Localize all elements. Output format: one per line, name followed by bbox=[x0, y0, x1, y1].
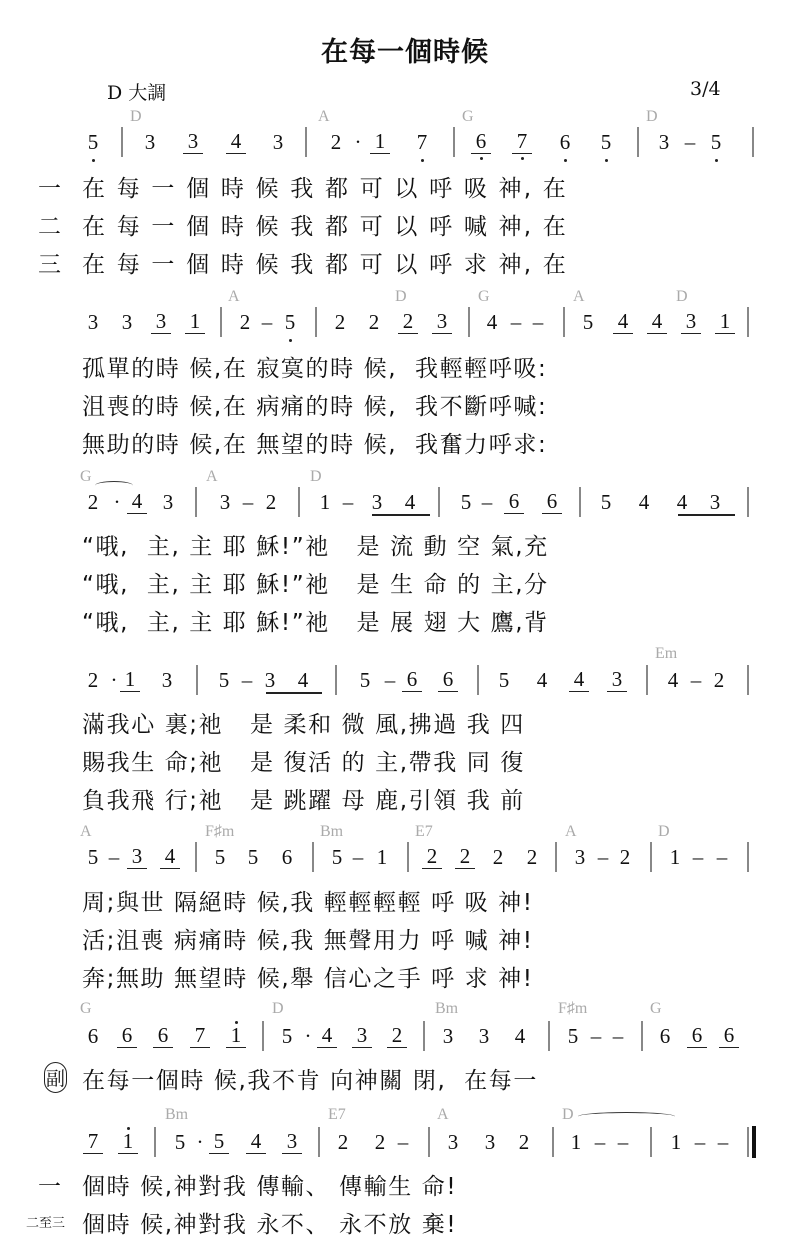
note: – bbox=[686, 668, 706, 693]
note: – bbox=[393, 1130, 413, 1155]
note: 3 bbox=[570, 845, 590, 870]
chord-label: D bbox=[395, 288, 407, 306]
note: – bbox=[608, 1024, 628, 1049]
note: 1 bbox=[370, 130, 390, 154]
barline bbox=[220, 307, 222, 337]
note: 2 bbox=[455, 845, 475, 869]
note: 7 bbox=[83, 1130, 103, 1154]
note: 3 bbox=[183, 130, 203, 154]
note: – bbox=[593, 845, 613, 870]
chord-label: Bm bbox=[165, 1106, 188, 1124]
note: 1 bbox=[666, 1130, 686, 1155]
chord-label: E7 bbox=[415, 823, 433, 841]
note: 6 bbox=[83, 1024, 103, 1049]
barline bbox=[154, 1127, 156, 1157]
chord-label: Bm bbox=[435, 1000, 458, 1018]
note: – bbox=[688, 845, 708, 870]
barline bbox=[747, 665, 749, 695]
lyric-line: 周;與世 隔絕時 候,我 輕輕輕輕 呼 吸 神! bbox=[82, 884, 534, 917]
note: · bbox=[190, 1130, 210, 1155]
note: – bbox=[586, 1024, 606, 1049]
note: 5 bbox=[596, 130, 616, 155]
note: 6 bbox=[402, 668, 422, 692]
note: 2 bbox=[330, 310, 350, 335]
note: 3 bbox=[607, 668, 627, 692]
note: 6 bbox=[117, 1024, 137, 1048]
note: 7 bbox=[412, 130, 432, 155]
note: – bbox=[257, 310, 277, 335]
note: 5 bbox=[596, 490, 616, 515]
note: 2 bbox=[364, 310, 384, 335]
verse-number: 二 bbox=[38, 208, 61, 241]
note: 3 bbox=[654, 130, 674, 155]
barline bbox=[423, 1021, 425, 1051]
barline bbox=[312, 842, 314, 872]
verse-number: 三 bbox=[38, 246, 61, 279]
note: 6 bbox=[687, 1024, 707, 1048]
note: 3 bbox=[83, 310, 103, 335]
note: 4 bbox=[246, 1130, 266, 1154]
note: – bbox=[590, 1130, 610, 1155]
note: – bbox=[338, 490, 358, 515]
note: – bbox=[506, 310, 526, 335]
tie-slur bbox=[95, 481, 133, 490]
note: 5 bbox=[355, 668, 375, 693]
note: 6 bbox=[277, 845, 297, 870]
note: 2 bbox=[326, 130, 346, 155]
note: – bbox=[238, 490, 258, 515]
note: 6 bbox=[438, 668, 458, 692]
note: 5 bbox=[494, 668, 514, 693]
lyric-line: “哦, 主, 主 耶 穌!”祂 是 生 命 的 主,分 bbox=[82, 566, 549, 599]
note: 1 bbox=[120, 668, 140, 692]
note: – bbox=[237, 668, 257, 693]
note: 3 bbox=[157, 668, 177, 693]
note: 3 bbox=[432, 310, 452, 334]
note: 5 bbox=[563, 1024, 583, 1049]
note: 5 bbox=[280, 310, 300, 335]
lyric-line: 孤單的時 候,在 寂寞的時 候, 我輕輕呼吸: bbox=[82, 350, 547, 383]
barline bbox=[453, 127, 455, 157]
note: 1 bbox=[715, 310, 735, 334]
tie-slur bbox=[578, 1112, 675, 1121]
note: – bbox=[713, 1130, 733, 1155]
key-signature: D 大調 bbox=[107, 78, 166, 105]
note: 3 bbox=[352, 1024, 372, 1048]
note: 5 bbox=[706, 130, 726, 155]
note: 3 bbox=[367, 490, 387, 515]
barline bbox=[650, 1127, 652, 1157]
note: 4 bbox=[400, 490, 420, 515]
note: 2 bbox=[261, 490, 281, 515]
verse-number: 一 bbox=[38, 1168, 61, 1201]
barline bbox=[552, 1127, 554, 1157]
chord-label: D bbox=[562, 1106, 574, 1124]
note: 5 bbox=[83, 130, 103, 155]
barline bbox=[407, 842, 409, 872]
note: 4 bbox=[317, 1024, 337, 1048]
note: 4 bbox=[634, 490, 654, 515]
note: 3 bbox=[260, 668, 280, 693]
chord-label: G bbox=[80, 1000, 92, 1018]
lyric-line: 在每一個時 候,我不肯 向神關 閉, 在每一 bbox=[82, 1062, 538, 1095]
chord-label: G bbox=[462, 108, 474, 126]
barline bbox=[646, 665, 648, 695]
barline bbox=[747, 1127, 749, 1157]
note: 5 bbox=[243, 845, 263, 870]
note: 4 bbox=[482, 310, 502, 335]
note: 7 bbox=[512, 130, 532, 154]
note: 1 bbox=[665, 845, 685, 870]
note: 3 bbox=[681, 310, 701, 334]
lyric-line: 個時 候,神對我 永不、 永不放 棄! bbox=[82, 1206, 457, 1239]
note: 1 bbox=[315, 490, 335, 515]
note: 2 bbox=[488, 845, 508, 870]
barline bbox=[298, 487, 300, 517]
note: 5 bbox=[327, 845, 347, 870]
note: 6 bbox=[504, 490, 524, 514]
lyric-line: “哦, 主, 主 耶 穌!”祂 是 流 動 空 氣,充 bbox=[82, 528, 549, 561]
beam-underline bbox=[266, 692, 322, 694]
note: 6 bbox=[471, 130, 491, 154]
note: 5 bbox=[210, 845, 230, 870]
note: – bbox=[477, 490, 497, 515]
chord-label: A bbox=[565, 823, 577, 841]
note: 3 bbox=[140, 130, 160, 155]
note: 4 bbox=[127, 490, 147, 514]
note: 3 bbox=[151, 310, 171, 334]
lyric-line: 在 每 一 個 時 候 我 都 可 以 呼 喊 神, 在 bbox=[82, 208, 568, 241]
note: 2 bbox=[370, 1130, 390, 1155]
note: 5 bbox=[209, 1130, 229, 1154]
note: 7 bbox=[190, 1024, 210, 1048]
note: 6 bbox=[555, 130, 575, 155]
note: 4 bbox=[663, 668, 683, 693]
note: 5 bbox=[578, 310, 598, 335]
note: 6 bbox=[542, 490, 562, 514]
note: 2 bbox=[333, 1130, 353, 1155]
lyric-line: 無助的時 候,在 無望的時 候, 我奮力呼求: bbox=[82, 426, 547, 459]
note: – bbox=[348, 845, 368, 870]
barline bbox=[335, 665, 337, 695]
note: 4 bbox=[613, 310, 633, 334]
barline bbox=[195, 842, 197, 872]
note: 2 bbox=[709, 668, 729, 693]
barline bbox=[262, 1021, 264, 1051]
barline bbox=[548, 1021, 550, 1051]
note: 6 bbox=[655, 1024, 675, 1049]
chord-label: G bbox=[478, 288, 490, 306]
final-barline bbox=[752, 1126, 756, 1158]
note: 2 bbox=[83, 668, 103, 693]
barline bbox=[563, 307, 565, 337]
chord-label: D bbox=[646, 108, 658, 126]
note: 3 bbox=[282, 1130, 302, 1154]
note: 6 bbox=[719, 1024, 739, 1048]
song-title: 在每一個時候 bbox=[0, 30, 810, 69]
note: 1 bbox=[185, 310, 205, 334]
barline bbox=[579, 487, 581, 517]
note: 4 bbox=[647, 310, 667, 334]
note: 3 bbox=[127, 845, 147, 869]
note: · bbox=[107, 490, 127, 515]
chord-label: F♯m bbox=[205, 823, 234, 841]
note: 4 bbox=[160, 845, 180, 869]
note: 5 bbox=[456, 490, 476, 515]
note: · bbox=[298, 1024, 318, 1049]
note: 2 bbox=[522, 845, 542, 870]
note: 2 bbox=[398, 310, 418, 334]
barline bbox=[468, 307, 470, 337]
note: 2 bbox=[422, 845, 442, 869]
note: 2 bbox=[514, 1130, 534, 1155]
note: 3 bbox=[215, 490, 235, 515]
note: 4 bbox=[532, 668, 552, 693]
chord-label: F♯m bbox=[558, 1000, 587, 1018]
beam-underline bbox=[678, 514, 735, 516]
barline bbox=[438, 487, 440, 517]
verse-number: 二至三 bbox=[26, 1212, 65, 1231]
chord-label: Em bbox=[655, 645, 677, 663]
chord-label: A bbox=[228, 288, 240, 306]
verse-number: 副 bbox=[44, 1062, 67, 1093]
note: 2 bbox=[235, 310, 255, 335]
barline bbox=[555, 842, 557, 872]
note: 3 bbox=[438, 1024, 458, 1049]
chord-label: D bbox=[130, 108, 142, 126]
verse-number: 一 bbox=[38, 170, 61, 203]
lyric-line: 個時 候,神對我 傳輸、 傳輸生 命! bbox=[82, 1168, 457, 1201]
barline bbox=[318, 1127, 320, 1157]
note: 2 bbox=[83, 490, 103, 515]
note: 3 bbox=[158, 490, 178, 515]
lyric-line: 在 每 一 個 時 候 我 都 可 以 呼 求 神, 在 bbox=[82, 246, 568, 279]
chord-label: D bbox=[272, 1000, 284, 1018]
note: · bbox=[348, 130, 368, 155]
note: 1 bbox=[118, 1130, 138, 1154]
barline bbox=[305, 127, 307, 157]
lyric-line: 活;沮喪 病痛時 候,我 無聲用力 呼 喊 神! bbox=[82, 922, 534, 955]
note: – bbox=[528, 310, 548, 335]
barline bbox=[747, 842, 749, 872]
note: – bbox=[613, 1130, 633, 1155]
lyric-line: 奔;無助 無望時 候,舉 信心之手 呼 求 神! bbox=[82, 960, 534, 993]
note: 4 bbox=[226, 130, 246, 154]
barline bbox=[195, 487, 197, 517]
barline bbox=[428, 1127, 430, 1157]
note: 4 bbox=[510, 1024, 530, 1049]
beam-underline bbox=[372, 514, 430, 516]
barline bbox=[752, 127, 754, 157]
barline bbox=[477, 665, 479, 695]
lyric-line: 負我飛 行;祂 是 跳躍 母 鹿,引領 我 前 bbox=[82, 782, 525, 815]
lyric-line: “哦, 主, 主 耶 穌!”祂 是 展 翅 大 鷹,背 bbox=[82, 604, 549, 637]
chord-label: A bbox=[573, 288, 585, 306]
note: – bbox=[690, 1130, 710, 1155]
lyric-line: 賜我生 命;祂 是 復活 的 主,帶我 同 復 bbox=[82, 744, 525, 777]
lyric-line: 滿我心 裏;祂 是 柔和 微 風,拂過 我 四 bbox=[82, 706, 525, 739]
note: 3 bbox=[443, 1130, 463, 1155]
chord-label: Bm bbox=[320, 823, 343, 841]
chord-label: A bbox=[437, 1106, 449, 1124]
note: 2 bbox=[387, 1024, 407, 1048]
note: – bbox=[104, 845, 124, 870]
chord-label: G bbox=[80, 468, 92, 486]
time-signature: 3/4 bbox=[690, 78, 721, 100]
note: 4 bbox=[672, 490, 692, 515]
note: 1 bbox=[566, 1130, 586, 1155]
note: 3 bbox=[268, 130, 288, 155]
note: 5 bbox=[214, 668, 234, 693]
note: 6 bbox=[153, 1024, 173, 1048]
barline bbox=[650, 842, 652, 872]
barline bbox=[315, 307, 317, 337]
note: – bbox=[680, 130, 700, 155]
note: 5 bbox=[83, 845, 103, 870]
note: – bbox=[712, 845, 732, 870]
barline bbox=[747, 487, 749, 517]
barline bbox=[641, 1021, 643, 1051]
lyric-line: 在 每 一 個 時 候 我 都 可 以 呼 吸 神, 在 bbox=[82, 170, 568, 203]
chord-label: D bbox=[676, 288, 688, 306]
chord-label: A bbox=[80, 823, 92, 841]
note: 3 bbox=[705, 490, 725, 515]
barline bbox=[121, 127, 123, 157]
note: 4 bbox=[293, 668, 313, 693]
chord-label: E7 bbox=[328, 1106, 346, 1124]
note: 2 bbox=[615, 845, 635, 870]
note: 1 bbox=[372, 845, 392, 870]
barline bbox=[637, 127, 639, 157]
note: 4 bbox=[569, 668, 589, 692]
note: 3 bbox=[474, 1024, 494, 1049]
chord-label: A bbox=[318, 108, 330, 126]
barline bbox=[747, 307, 749, 337]
note: 5 bbox=[277, 1024, 297, 1049]
note: 3 bbox=[117, 310, 137, 335]
note: 3 bbox=[480, 1130, 500, 1155]
chord-label: G bbox=[650, 1000, 662, 1018]
note: 1 bbox=[226, 1024, 246, 1048]
barline bbox=[196, 665, 198, 695]
chord-label: D bbox=[658, 823, 670, 841]
lyric-line: 沮喪的時 候,在 病痛的時 候, 我不斷呼喊: bbox=[82, 388, 547, 421]
chord-label: D bbox=[310, 468, 322, 486]
note: – bbox=[380, 668, 400, 693]
note: 5 bbox=[170, 1130, 190, 1155]
chord-label: A bbox=[206, 468, 218, 486]
